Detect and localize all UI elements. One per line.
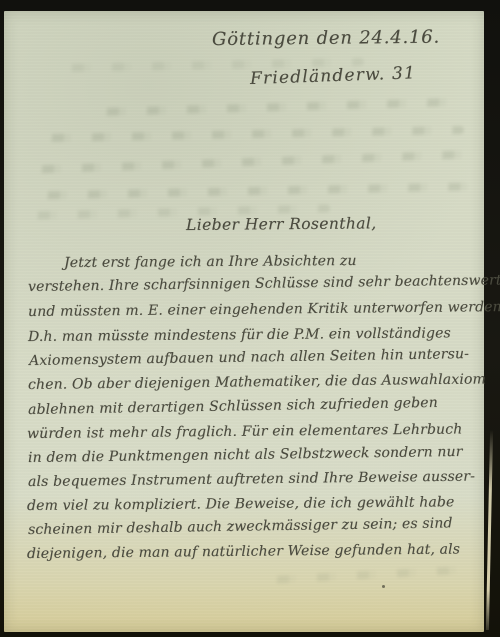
letter-body-line: chen. Ob aber diejenigen Mathematiker, d… — [28, 371, 486, 393]
letter-body-line: Axiomensystem aufbauen und nach allen Se… — [29, 346, 469, 369]
letter-body-line: verstehen. Ihre scharfsinnigen Schlüsse … — [28, 272, 500, 295]
letter-salutation: Lieber Herr Rosenthal, — [186, 214, 377, 234]
ink-bleedthrough — [40, 183, 468, 200]
letter-place-date: Göttingen den 24.4.16. — [212, 27, 440, 50]
ink-bleedthrough — [99, 98, 459, 116]
letter-body-line: als bequemes Instrument auftreten sind I… — [28, 469, 475, 490]
letter-body-line: scheinen mir deshalb auch zweckmässiger … — [28, 515, 453, 538]
ink-bleedthrough — [269, 566, 464, 584]
letter-body-line: D.h. man müsste mindestens für die P.M. … — [28, 325, 451, 345]
letter-scan: Göttingen den 24.4.16. Friedländerw. 31 … — [0, 0, 500, 637]
letter-body-line: diejenigen, die man auf natürlicher Weis… — [27, 541, 460, 562]
ink-bleedthrough — [44, 126, 464, 142]
letter-body-line: und müssten m. E. einer eingehenden Krit… — [28, 299, 500, 320]
letter-body-line: Jetzt erst fange ich an Ihre Absichten z… — [64, 253, 357, 271]
ink-speck — [382, 585, 385, 588]
paper-edge-highlight — [486, 430, 493, 630]
letter-body-line: dem viel zu kompliziert. Die Beweise, di… — [27, 494, 455, 514]
letter-page: Göttingen den 24.4.16. Friedländerw. 31 … — [4, 11, 484, 632]
letter-body-line: würden ist mehr als fraglich. Für ein el… — [27, 421, 463, 442]
ink-bleedthrough — [34, 150, 464, 173]
letter-body-line: ablehnen mit derartigen Schlüssen sich z… — [28, 395, 438, 418]
letter-body-line: in dem die Punktmengen nicht als Selbstz… — [28, 444, 463, 466]
